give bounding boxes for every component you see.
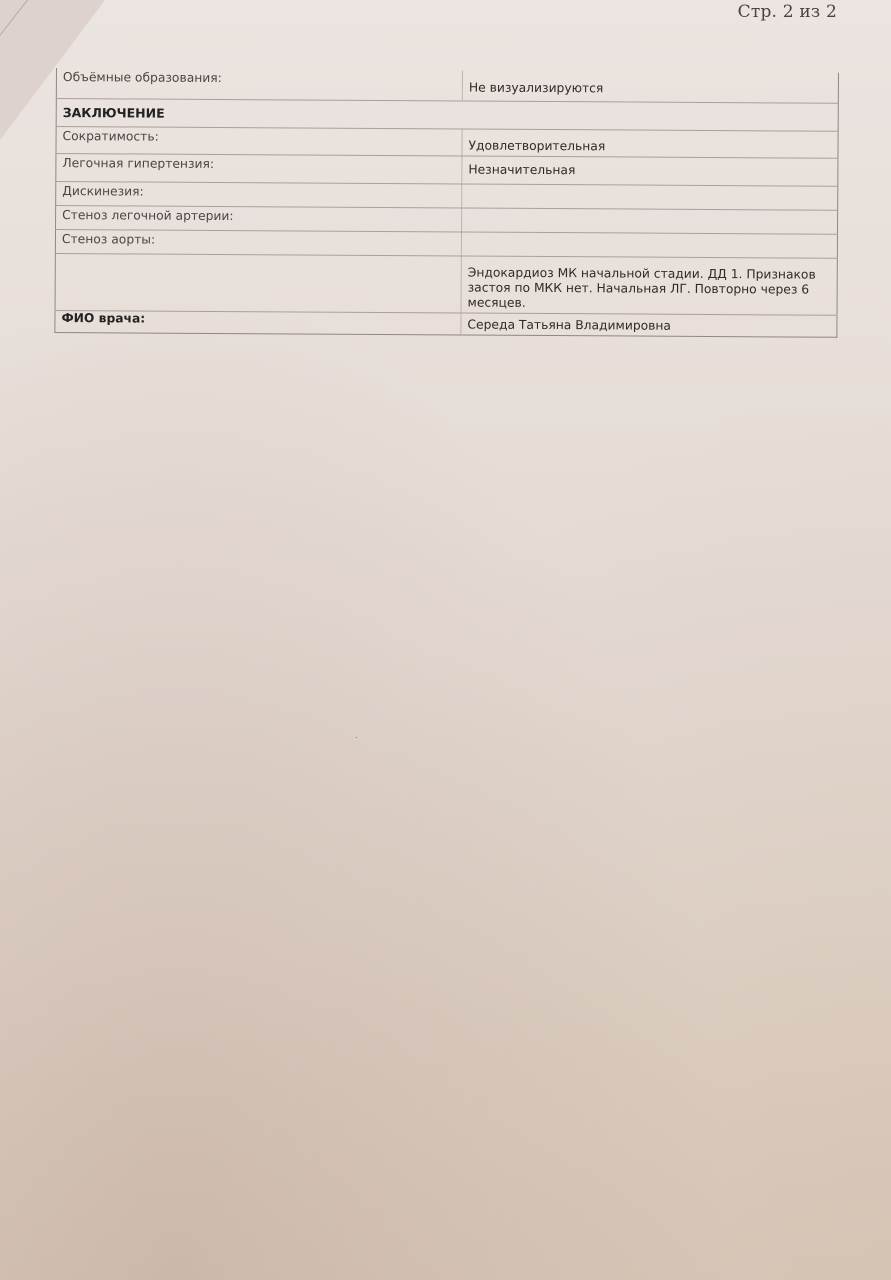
echo-report-sheet: Объёмные образования: Не визуализируются… [54,68,839,338]
value-pulmonary-artery-stenosis [462,208,838,234]
page-edge [0,0,79,61]
table-row: Эндокардиоз МК начальной стадии. ДД 1. П… [55,253,837,315]
value-pulmonary-hypertension: Незначительная [462,156,838,186]
label-contractility: Сократимость: [56,127,462,156]
value-contractility: Удовлетворительная [462,129,838,158]
report-table: Объёмные образования: Не визуализируются… [54,68,839,338]
label-summary [55,253,461,312]
value-volume-formations: Не визуализируются [462,70,838,103]
label-pulmonary-hypertension: Легочная гипертензия: [56,154,462,184]
table-row: ФИО врача: Середа Татьяна Владимировна [55,310,837,337]
table-row: Объёмные образования: Не визуализируются [56,68,838,103]
label-volume-formations: Объёмные образования: [56,68,462,101]
page-number: Стр. 2 из 2 [738,2,837,22]
value-doctor-name: Середа Татьяна Владимировна [461,313,837,337]
value-summary: Эндокардиоз МК начальной стадии. ДД 1. П… [461,256,837,315]
label-pulmonary-artery-stenosis: Стеноз легочной артерии: [56,206,462,232]
label-dyskinesia: Дискинезия: [56,182,462,208]
label-doctor-name: ФИО врача: [55,310,461,334]
value-aortic-stenosis [461,232,837,258]
paper-speck [356,737,357,738]
value-dyskinesia [462,184,838,210]
label-aortic-stenosis: Стеноз аорты: [55,230,461,256]
